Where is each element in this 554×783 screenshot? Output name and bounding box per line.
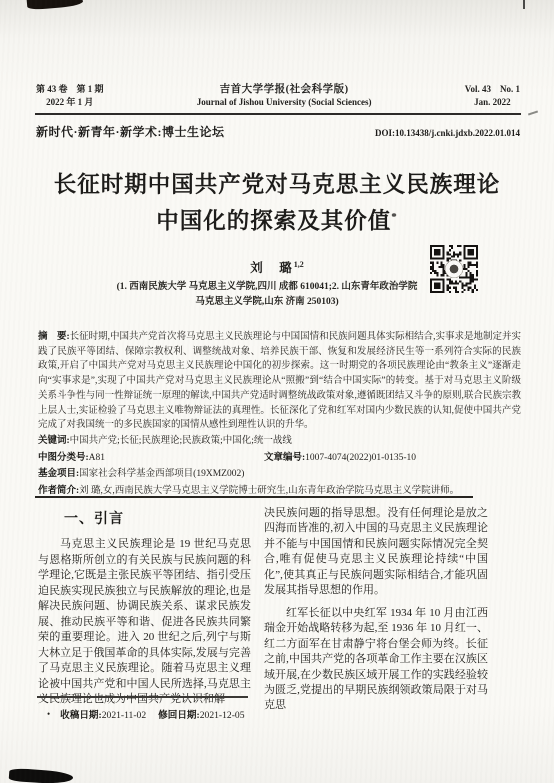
doi-text: DOI:10.13438/j.cnki.jdxb.2022.01.014 xyxy=(375,128,520,138)
intro-paragraph-left: 马克思主义民族理论是 19 世纪马克思与恩格斯所创立的有关民族与民族问题的科学理… xyxy=(38,537,251,707)
column-and-doi-row: 新时代·新青年·新学术:博士生论坛 DOI:10.13438/j.cnki.jd… xyxy=(36,123,520,140)
abstract-label: 摘 要: xyxy=(38,332,70,342)
fund-label: 基金项目: xyxy=(38,469,79,479)
keywords-label: 关键词: xyxy=(38,436,70,446)
qr-code-svg xyxy=(430,245,478,293)
scan-mark-top-right xyxy=(523,0,525,9)
scanned-journal-page: 第 43 卷 第 1 期 2022 年 1 月 吉首大学学报(社会科学版) Jo… xyxy=(0,0,554,783)
issue-date-cn: 2022 年 1 月 xyxy=(36,96,104,109)
author-affiliation-sup: 1,2 xyxy=(294,260,304,269)
footnote-bullet: • xyxy=(47,709,50,719)
qr-code-icon xyxy=(430,245,478,298)
received-date: 2021-11-02 xyxy=(102,710,146,721)
article-number: 文章编号:1007-4074(2022)01-0135-10 xyxy=(264,451,416,466)
intro-paragraph-right-continued: 决民族问题的指导思想。没有任何理论是放之四海而皆准的,初入中国的马克思主义民族理… xyxy=(264,506,488,599)
issue-volume-en: Vol. 43 No. 1 xyxy=(465,83,520,96)
journal-name-en: Journal of Jishou University (Social Sci… xyxy=(197,96,372,109)
title-footnote-mark: * xyxy=(391,211,398,223)
right-column: 决民族问题的指导思想。没有任何理论是放之四海而皆准的,初入中国的马克思主义民族理… xyxy=(264,506,488,714)
abstract-text: 长征时期,中国共产党首次将马克思主义民族理论与中国国情和民族问题具体实际相结合,… xyxy=(38,332,521,430)
footnote-rule xyxy=(37,696,248,698)
affiliation-line1: (1. 西南民族大学 马克思主义学院,四川 成都 610041;2. 山东青年政… xyxy=(47,280,487,295)
bio-text: 刘 璐,女,西南民族大学马克思主义学院博士研究生,山东青年政治学院马克思主义学院… xyxy=(79,486,459,496)
left-column: 一、引言 马克思主义民族理论是 19 世纪马克思与恩格斯所创立的有关民族与民族问… xyxy=(38,509,251,707)
revised-date: 2021-12-05 xyxy=(200,710,245,721)
column-title: 新时代·新青年·新学术:博士生论坛 xyxy=(36,123,225,140)
scan-mark-right-margin xyxy=(528,111,538,116)
article-title-line2: 中国化的探索及其价值* xyxy=(30,201,524,238)
affiliation-line2: 马克思主义学院,山东 济南 250103) xyxy=(47,295,487,310)
journal-name: 吉首大学学报(社会科学版) Journal of Jishou Universi… xyxy=(197,83,372,109)
journal-header: 第 43 卷 第 1 期 2022 年 1 月 吉首大学学报(社会科学版) Jo… xyxy=(36,83,520,109)
issue-info-en: Vol. 43 No. 1 Jan. 2022 xyxy=(465,83,520,109)
journal-name-cn: 吉首大学学报(社会科学版) xyxy=(197,83,372,96)
keywords-row: 关键词:中国共产党;长征;民族理论;民族政策;中国化;统一战线 xyxy=(38,434,521,449)
author-affiliation: (1. 西南民族大学 马克思主义学院,四川 成都 610041;2. 山东青年政… xyxy=(47,280,487,310)
section-heading-introduction: 一、引言 xyxy=(64,512,251,527)
intro-paragraph-right-second: 红军长征以中央红军 1934 年 10 月由江西瑞金开始战略转移为起,至 193… xyxy=(264,606,488,714)
clc-number: 中图分类号:A81 xyxy=(38,453,105,463)
author-name: 刘 璐 xyxy=(250,261,294,275)
dates-footnote: •收稿日期:2021-11-02修回日期:2021-12-05 xyxy=(47,707,245,721)
article-meta-block: 摘 要:长征时期,中国共产党首次将马克思主义民族理论与中国国情和民族问题具体实际… xyxy=(38,330,521,499)
header-rule xyxy=(35,113,521,115)
scan-smudge-bottom-left xyxy=(9,768,74,783)
article-title-line1: 长征时期中国共产党对马克思主义民族理论 xyxy=(30,169,524,201)
received-label: 收稿日期: xyxy=(60,710,102,721)
issue-volume-cn: 第 43 卷 第 1 期 xyxy=(36,83,104,96)
fund-row: 基金项目:国家社会科学基金西部项目(19XMZ002) xyxy=(38,467,521,482)
scan-smudge-top-left xyxy=(27,0,84,10)
keywords-text: 中国共产党;长征;民族理论;民族政策;中国化;统一战线 xyxy=(70,436,292,446)
issue-info-cn: 第 43 卷 第 1 期 2022 年 1 月 xyxy=(36,83,104,109)
issue-date-en: Jan. 2022 xyxy=(465,96,520,109)
article-title: 长征时期中国共产党对马克思主义民族理论 中国化的探索及其价值* xyxy=(30,169,524,238)
fund-text: 国家社会科学基金西部项目(19XMZ002) xyxy=(79,469,244,479)
abstract: 摘 要:长征时期,中国共产党首次将马克思主义民族理论与中国国情和民族问题具体实际… xyxy=(38,330,521,433)
meta-divider-rule xyxy=(35,496,473,498)
classification-row: 中图分类号:A81 文章编号:1007-4074(2022)01-0135-10 xyxy=(38,451,521,466)
revised-label: 修回日期: xyxy=(158,710,200,721)
bio-label: 作者简介: xyxy=(38,486,79,496)
